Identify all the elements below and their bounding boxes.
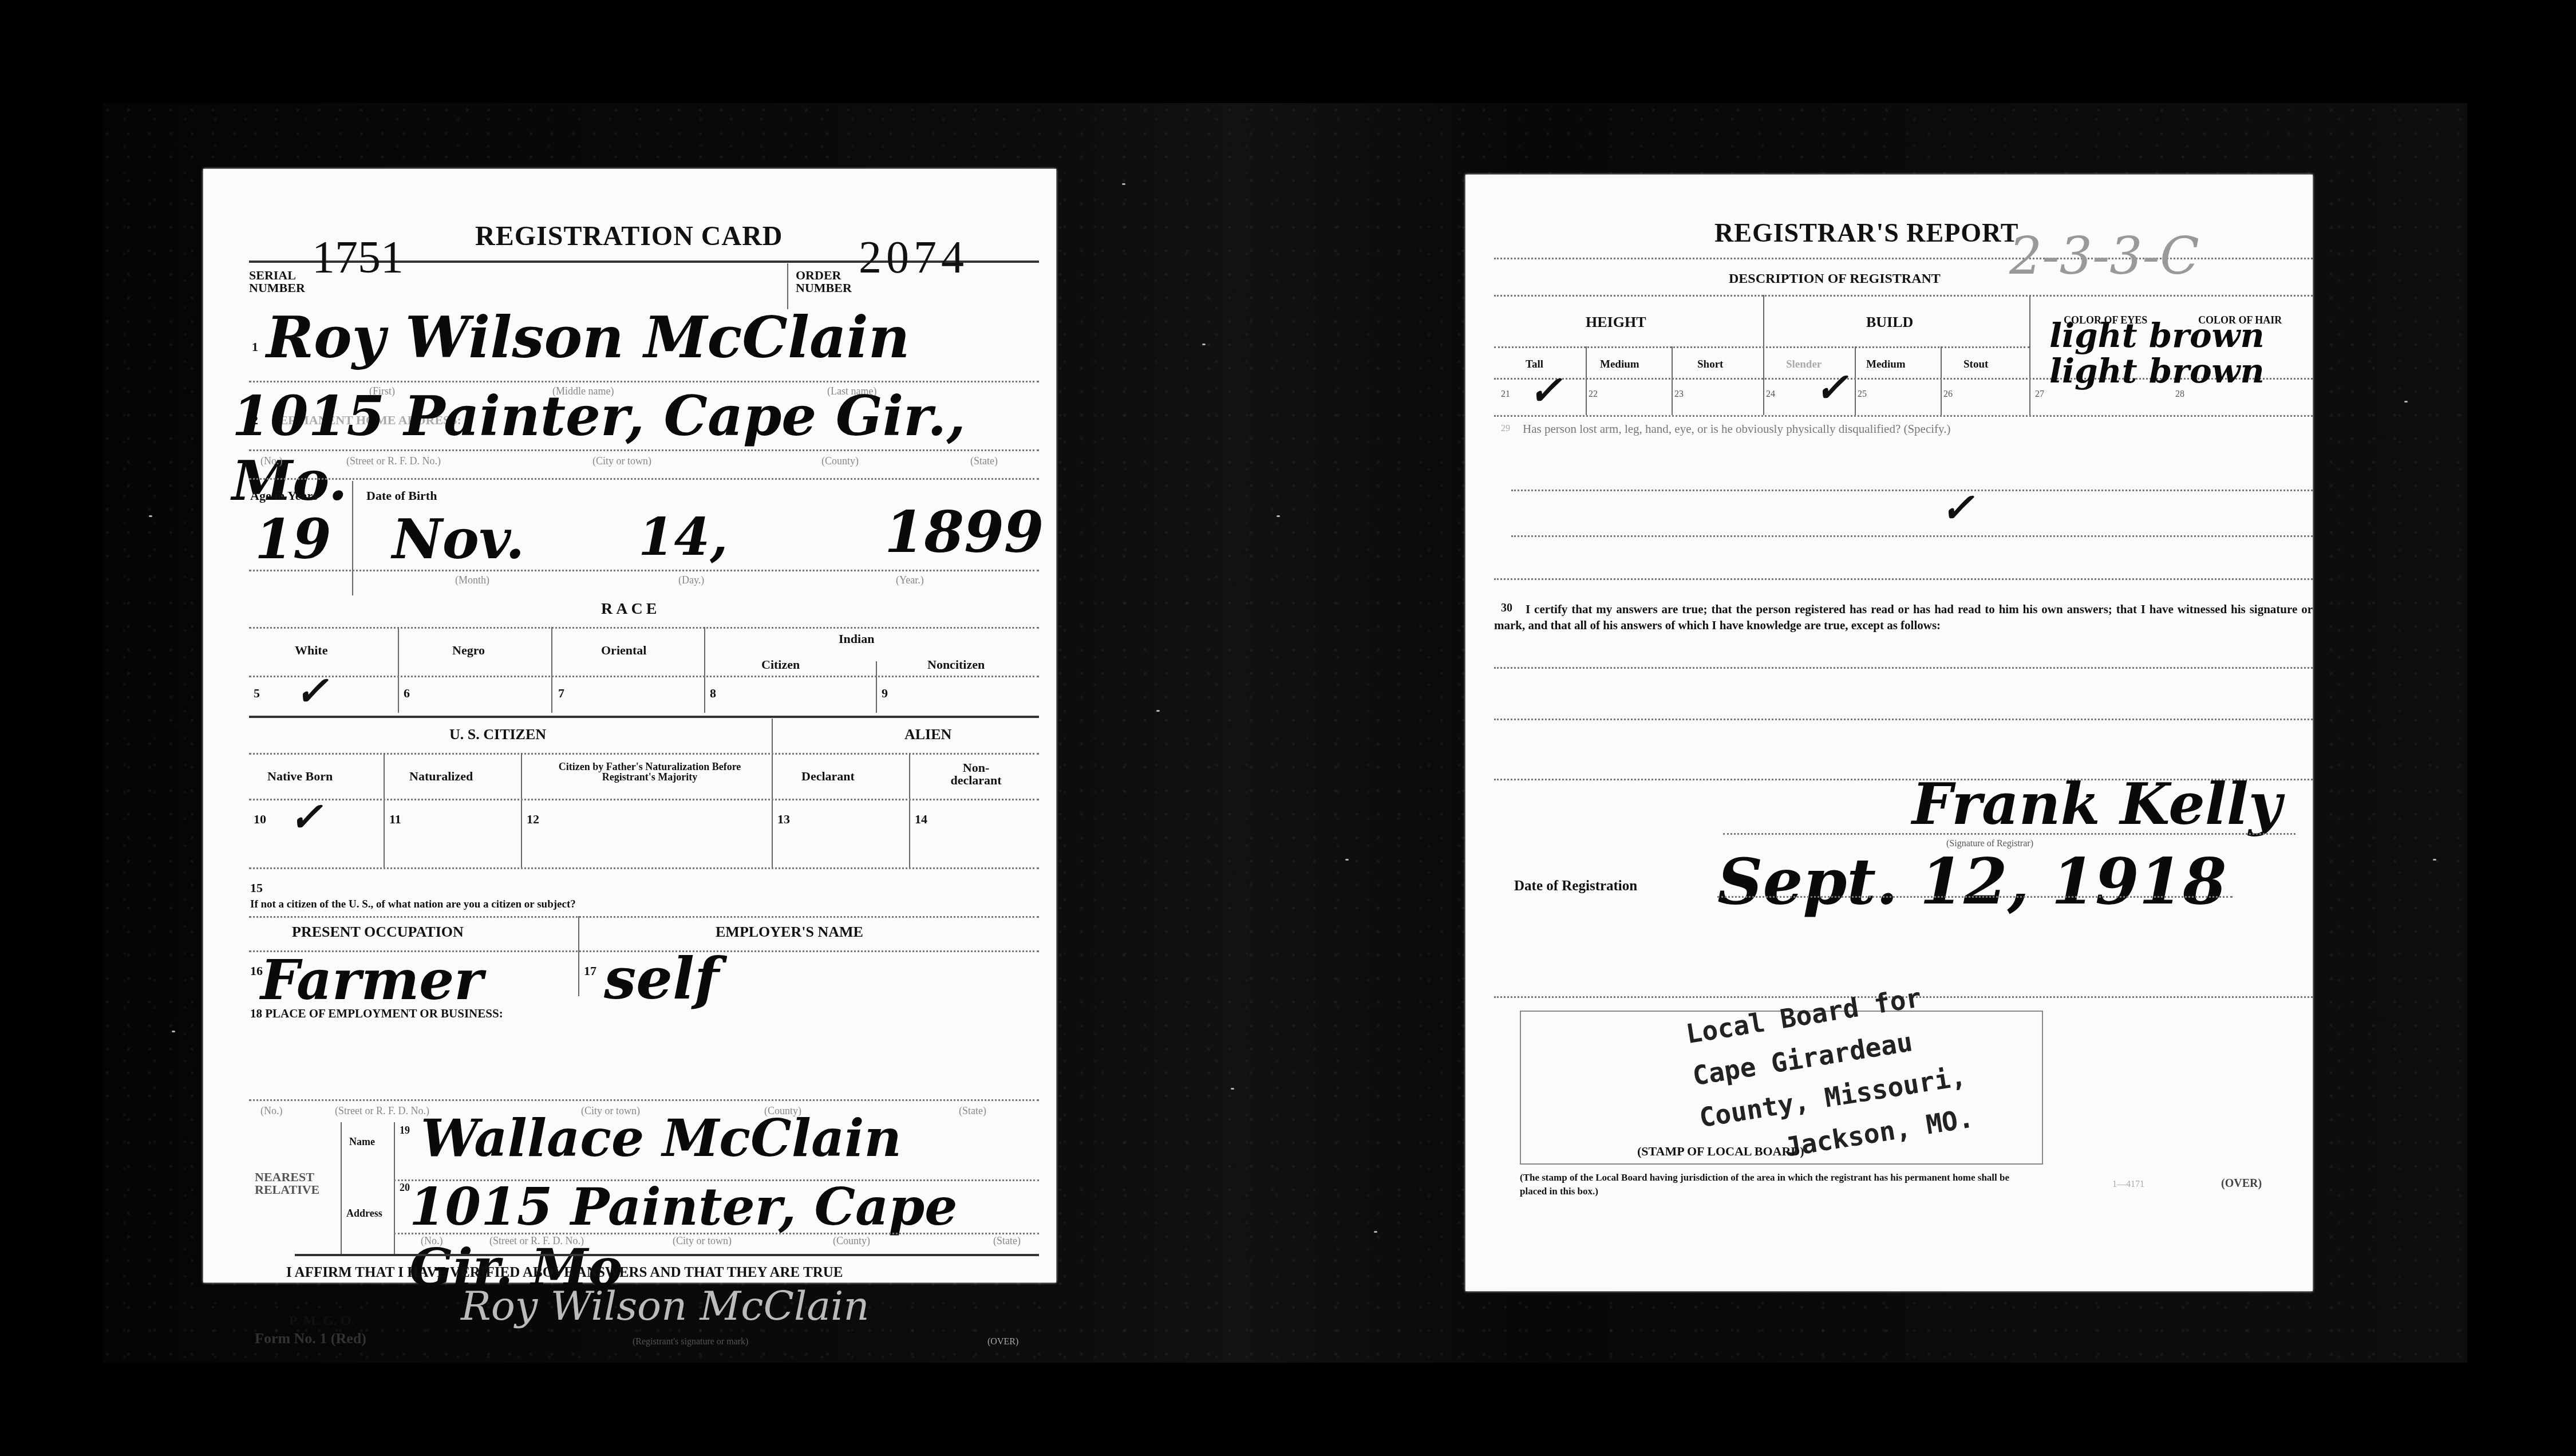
- eye-color-value: light brown: [2049, 316, 2265, 355]
- dob-month: Nov.: [392, 507, 524, 571]
- field-number: 11: [389, 813, 401, 826]
- divider: [384, 753, 385, 867]
- stamp-instruction: (The stamp of the Local Board having jur…: [1520, 1171, 2035, 1198]
- occupation-label: PRESENT OCCUPATION: [292, 925, 464, 940]
- divider: [1511, 535, 2313, 537]
- race-white-checkmark: ✓: [295, 667, 329, 715]
- relative-address-sublabel: (State): [993, 1235, 1021, 1247]
- certification-text: I certify that my answers are true; that…: [1494, 601, 2313, 633]
- film-speck: [172, 1031, 175, 1032]
- divider: [249, 627, 1039, 629]
- dob-sublabel-year: (Year.): [896, 574, 924, 586]
- divider: [249, 381, 1039, 382]
- non-declarant-label: Non-declarant: [942, 761, 1010, 787]
- film-speck: [2433, 859, 2436, 861]
- divider: [249, 753, 1039, 755]
- field-number: 10: [254, 813, 266, 826]
- field-number: 28: [2175, 389, 2184, 400]
- address-sublabel: (State): [970, 455, 998, 467]
- divider: [1763, 295, 1764, 415]
- registrars-report-back: REGISTRAR'S REPORT DESCRIPTION OF REGIST…: [1465, 175, 2313, 1291]
- field-number: 17: [584, 965, 596, 977]
- build-heading: BUILD: [1866, 315, 1913, 330]
- field-number: 19: [400, 1125, 410, 1135]
- divider: [1941, 346, 1942, 415]
- nearest-relative-label: NEAREST RELATIVE: [255, 1171, 329, 1196]
- field-number: 15: [250, 882, 263, 894]
- form-name: Form No. 1 (Red): [255, 1331, 366, 1346]
- field-number: 14: [915, 813, 927, 826]
- field-number: 13: [777, 813, 790, 826]
- race-white-label: White: [295, 644, 327, 657]
- divider: [352, 481, 353, 595]
- divider: [1723, 833, 2296, 835]
- film-speck: [149, 515, 152, 517]
- permanent-address: 1015 Painter, Cape Gir., Mo.: [232, 384, 1056, 513]
- divider: [1672, 346, 1673, 415]
- divider: [909, 753, 910, 867]
- report-title: REGISTRAR'S REPORT: [1714, 218, 2018, 248]
- over-label: (OVER): [2221, 1178, 2262, 1189]
- divider: [249, 449, 1039, 451]
- divider: [249, 716, 1039, 718]
- affirmation-text: I AFFIRM THAT I HAVE VERIFIED ABOVE ANSW…: [286, 1265, 843, 1280]
- address-sublabel: (County): [821, 455, 859, 467]
- film-speck: [1202, 344, 1206, 345]
- divider: [772, 719, 773, 867]
- field-number: 8: [710, 687, 716, 700]
- dob-year: 1899: [884, 498, 1044, 566]
- divider: [341, 1122, 342, 1254]
- divider: [1494, 719, 2313, 720]
- age-value: 19: [255, 507, 331, 571]
- divider: [2029, 295, 2030, 415]
- height-heading: HEIGHT: [1586, 315, 1646, 330]
- print-code: 1—4171: [2112, 1179, 2144, 1190]
- field-number: 7: [558, 687, 564, 700]
- film-speck: [1231, 1088, 1234, 1090]
- field-number: 25: [1858, 389, 1867, 400]
- serial-number: 1751: [312, 232, 404, 284]
- dob-label: Date of Birth: [366, 490, 437, 502]
- declarant-label: Declarant: [801, 770, 855, 783]
- divider: [249, 799, 1039, 800]
- relative-address-sublabel: (Street or R. F. D. No.): [489, 1235, 584, 1247]
- eye-and-hair-color-values: light brown light brown: [2049, 318, 2301, 389]
- field-number: 21: [1501, 389, 1510, 400]
- field-number: 12: [527, 813, 539, 826]
- divider: [1494, 578, 2313, 580]
- naturalized-label: Naturalized: [409, 770, 473, 783]
- place-of-employment-label: 18 PLACE OF EMPLOYMENT OR BUSINESS:: [250, 1008, 503, 1020]
- divider: [249, 676, 1039, 677]
- film-speck: [1345, 859, 1349, 861]
- field-number: 26: [1943, 389, 1953, 400]
- divider: [787, 263, 788, 309]
- field-29-checkmark: ✓: [1941, 484, 1974, 531]
- race-negro-label: Negro: [452, 644, 485, 657]
- employer-label: EMPLOYER'S NAME: [716, 925, 863, 940]
- divider: [1494, 415, 2313, 417]
- stamp-label: (STAMP OF LOCAL BOARD): [1637, 1145, 1804, 1158]
- native-born-checkmark: ✓: [289, 793, 323, 841]
- divider: [249, 570, 1039, 571]
- film-speck: [1374, 1231, 1377, 1233]
- employment-sublabel: (Street or R. F. D. No.): [335, 1105, 429, 1117]
- address-sublabel: (No.): [260, 455, 283, 467]
- divider: [1717, 896, 2233, 898]
- divider: [1511, 490, 2313, 491]
- field-number: 23: [1674, 389, 1684, 400]
- occupation-value: Farmer: [260, 948, 483, 1012]
- field-15-question: If not a citizen of the U. S., of what n…: [250, 899, 576, 910]
- field-29-question: Has person lost arm, leg, hand, eye, or …: [1494, 422, 2307, 436]
- relative-address-label: Address: [346, 1208, 382, 1218]
- divider: [249, 478, 1039, 480]
- field-number: 6: [404, 687, 410, 700]
- address-sublabel: (City or town): [592, 455, 651, 467]
- registrant-full-name: Roy Wilson McClain: [266, 303, 910, 371]
- order-number: 2074: [859, 232, 969, 284]
- us-citizen-heading: U. S. CITIZEN: [449, 727, 546, 742]
- registrar-signature: Frank Kelly: [1912, 770, 2282, 838]
- race-indian-label: Indian: [839, 633, 874, 645]
- build-medium-checkmark: ✓: [1815, 364, 1848, 411]
- citizen-by-father-label: Citizen by Father's Naturalization Befor…: [538, 761, 761, 782]
- height-medium-label: Medium: [1600, 359, 1639, 370]
- divider: [1494, 346, 2029, 348]
- signature-sublabel: (Registrant's signature or mark): [633, 1337, 748, 1347]
- employment-sublabel: (No.): [260, 1105, 283, 1117]
- divider: [398, 627, 399, 713]
- report-subtitle: DESCRIPTION OF REGISTRANT: [1729, 272, 1941, 286]
- divider: [521, 753, 522, 867]
- relative-name-label: Name: [349, 1137, 375, 1147]
- employment-sublabel: (State): [959, 1105, 986, 1117]
- serial-number-label: SERIAL NUMBER: [249, 269, 312, 294]
- field-number: 22: [1589, 389, 1598, 400]
- height-short-label: Short: [1697, 359, 1723, 370]
- field-number: 1: [252, 341, 258, 353]
- race-oriental-label: Oriental: [601, 644, 646, 657]
- race-indian-noncitizen-label: Noncitizen: [927, 658, 985, 671]
- form-code: P. M. G. O.: [289, 1314, 354, 1328]
- date-of-registration-label: Date of Registration: [1514, 879, 1637, 893]
- address-sublabel: (Street or R. F. D. No.): [346, 455, 441, 467]
- field-number: 20: [400, 1182, 410, 1193]
- alien-heading: ALIEN: [904, 727, 951, 742]
- divider: [876, 661, 877, 713]
- age-label: Age in Years: [250, 490, 318, 502]
- dob-sublabel-day: (Day.): [678, 574, 704, 586]
- divider: [249, 1099, 1039, 1101]
- date-of-registration-value: Sept. 12, 1918: [1717, 845, 2227, 918]
- race-indian-citizen-label: Citizen: [761, 658, 800, 671]
- field-number: 5: [254, 687, 260, 700]
- dob-day: 14,: [638, 507, 728, 567]
- film-speck: [1277, 515, 1280, 517]
- race-heading: RACE: [601, 601, 660, 617]
- divider: [249, 916, 1039, 918]
- divider: [394, 1233, 1039, 1234]
- employer-value: self: [604, 945, 719, 1012]
- registrant-signature: Roy Wilson McClain: [461, 1283, 870, 1329]
- film-speck: [1122, 183, 1125, 185]
- film-speck: [2404, 401, 2408, 403]
- field-number: 27: [2035, 389, 2044, 400]
- height-medium-checkmark: ✓: [1528, 366, 1562, 414]
- build-stout-label: Stout: [1963, 359, 1988, 370]
- divider: [295, 1254, 1039, 1256]
- relative-address-sublabel: (County): [833, 1235, 870, 1247]
- order-number-label: ORDER NUMBER: [796, 269, 859, 294]
- field-number: 24: [1766, 389, 1775, 400]
- native-born-label: Native Born: [267, 770, 333, 783]
- hair-color-value: light brown: [2049, 352, 2265, 390]
- relative-name: Wallace McClain: [421, 1108, 902, 1169]
- divider: [1586, 346, 1587, 415]
- divider: [1494, 667, 2313, 669]
- film-speck: [1156, 710, 1160, 712]
- divider: [704, 627, 705, 713]
- divider: [1494, 295, 2313, 297]
- over-label: (OVER): [987, 1337, 1018, 1347]
- field-number: 9: [882, 687, 888, 700]
- divider: [551, 627, 552, 713]
- divider: [1855, 346, 1856, 415]
- divider: [578, 916, 579, 996]
- penciled-number: 2-3-3-C: [2009, 226, 2199, 286]
- dob-sublabel-month: (Month): [455, 574, 489, 586]
- card-title: REGISTRATION CARD: [475, 220, 783, 252]
- relative-address-sublabel: (No.): [421, 1235, 443, 1247]
- build-medium-label: Medium: [1866, 359, 1906, 370]
- relative-address-sublabel: (City or town): [673, 1235, 732, 1247]
- registration-card-front: REGISTRATION CARD SERIAL NUMBER 1751 ORD…: [203, 169, 1056, 1283]
- divider: [249, 867, 1039, 869]
